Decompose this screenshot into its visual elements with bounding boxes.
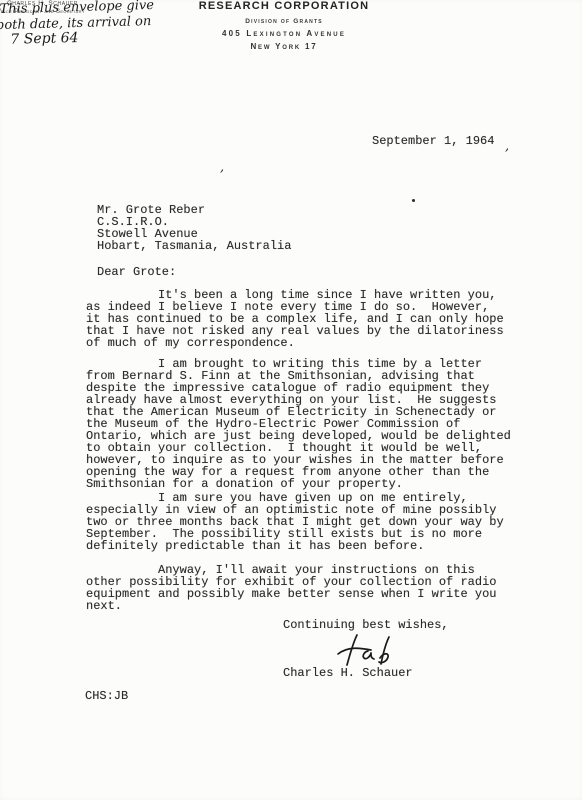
salutation: Dear Grote: — [97, 266, 176, 278]
signature-stroke — [347, 635, 357, 665]
typist-reference: CHS:JB — [85, 690, 128, 702]
body-paragraph-4: Anyway, I'll await your instructions on … — [86, 564, 496, 612]
signature-stroke — [381, 637, 389, 664]
signer-name: Charles H. Schauer — [283, 667, 413, 679]
signature-stroke — [379, 654, 388, 663]
date-line: September 1, 1964 — [372, 135, 494, 147]
handwritten-signature-hap — [336, 633, 398, 669]
signature-stroke — [363, 651, 374, 659]
pen-dot-mark — [412, 199, 415, 202]
stray-comma-mark: , — [220, 160, 224, 175]
recipient-city: Hobart, Tasmania, Australia — [97, 240, 291, 252]
pen-mark-after-date: , — [505, 139, 509, 154]
body-paragraph-2: I am brought to writing this time by a l… — [86, 358, 511, 490]
valediction: Continuing best wishes, — [283, 619, 449, 631]
body-paragraph-1: It's been a long time since I have writt… — [86, 289, 504, 349]
scanned-letter-page: RESEARCH CORPORATION Division of Grants … — [0, 0, 582, 800]
handwritten-annotation: This plus envelope give both date, its a… — [0, 0, 155, 49]
recipient-address: Mr. Grote Reber C.S.I.R.O. Stowell Avenu… — [97, 204, 291, 252]
body-paragraph-3: I am sure you have given up on me entire… — [86, 492, 504, 552]
